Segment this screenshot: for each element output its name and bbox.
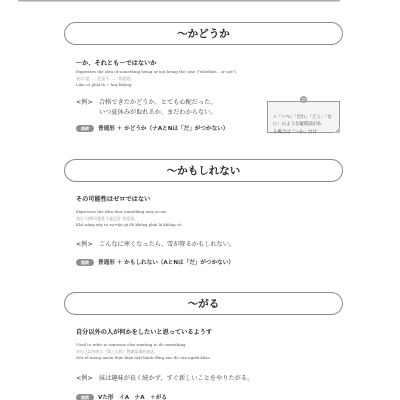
connection-text: 普通形 ＋ かどうか（ナAとNは「だ」がつかない） [98,124,228,132]
section-title-kamoshirenai: ～かもしれない [64,159,343,182]
connection-text: 普通形 ＋ かもしれない（AとNは「だ」がつかない） [98,258,234,266]
explanation-block: Expresses the idea that something may oc… [76,209,183,229]
note-card: ☞「いつ」「だれ」「どこ」「な に」のような疑問詞があ る場合は「～か」だけ [267,101,340,133]
example-sentence: こんなに寒くなったら、雪が降るかもしれない。 [99,241,235,248]
connection-rule: 接続 普通形 ＋ かどうか（ナAとNは「だ」がつかない） [76,124,228,132]
example-label: <例> [76,240,99,250]
explanation-zh: 对自己以外的人（第三人称）想做某事的表达。 [76,349,211,356]
explanation-vi: Khả năng xảy ra sự việc gì đó không phải… [76,222,183,229]
explanation-block: Used to refer to someone else wanting to… [76,342,211,362]
page-curl-icon [334,127,340,133]
explanation-zh: 表示“这种可能性不是没有”的意思。 [76,216,183,223]
connection-rule: 接続 Vた形 イA ナA ＋がる [76,393,167,400]
connection-badge: 接続 [76,259,94,266]
section-subtitle: 自分以外の人が何かをしたいと思っているようす [76,327,212,336]
note-text: ☞「いつ」「だれ」「どこ」「な に」のような疑問詞があ る場合は「～か」だけ [273,115,332,135]
example-block: <例>合格できたかどうか、とても心配だった。 いつ夏休みが取れるか、まだわからな… [76,98,217,118]
section-subtitle: その可能性はゼロではない [76,194,150,203]
explanation-zh: 表示“是……还是不……”的意思。 [76,76,237,83]
section-title-kadouka: ～かどうか [64,22,343,45]
connection-badge: 接続 [76,125,94,132]
explanation-en: Used to refer to someone else wanting to… [76,342,211,349]
explanation-vi: Liệu có phải là ~ hay không. [76,82,237,89]
example-sentence: いつ夏休みが取れるか、まだわからない。 [99,109,217,116]
connection-rule: 接続 普通形 ＋ かもしれない（AとNは「だ」がつかない） [76,258,234,266]
example-label: <例> [76,98,99,108]
example-block: <例>妹は趣味が長く続かず、すぐ新しいことをやりたがる。 [76,374,253,384]
connection-badge: 接続 [76,394,94,400]
explanation-vi: Nói về mong muốn thực hiện một hành động… [76,355,211,362]
example-block: <例>こんなに寒くなったら、雪が降るかもしれない。 [76,240,235,250]
pin-icon [300,96,307,103]
example-sentence: 妹は趣味が長く続かず、すぐ新しいことをやりたがる。 [99,375,253,382]
explanation-block: Expresses the idea of something being or… [76,69,237,89]
example-label: <例> [76,374,99,384]
section-title-garu: ～がる [64,292,343,315]
section-subtitle: ～か、それとも～ではないか [76,58,156,67]
page-edge [18,0,340,2]
example-sentence: 合格できたかどうか、とても心配だった。 [99,99,217,106]
connection-text: Vた形 イA ナA ＋がる [98,393,167,400]
explanation-en: Expresses the idea that something may oc… [76,209,183,216]
explanation-en: Expresses the idea of something being or… [76,69,237,76]
